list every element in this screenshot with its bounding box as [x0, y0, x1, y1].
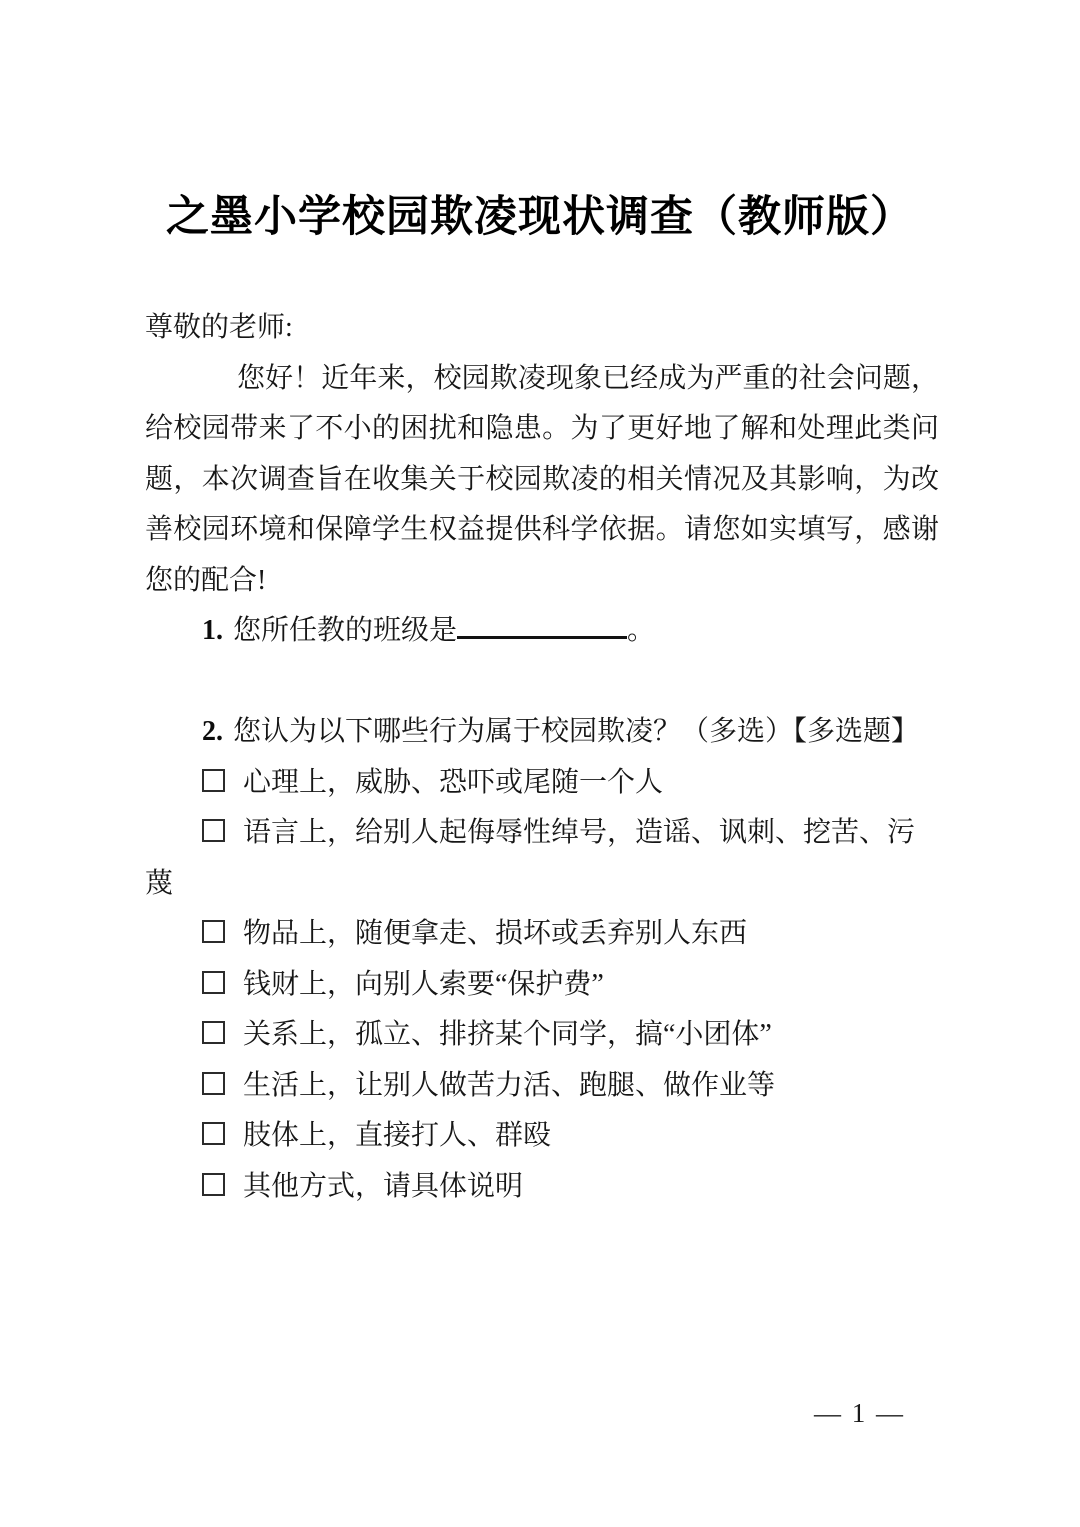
option-label: 钱财上，向别人索要“保护费”	[243, 969, 604, 1000]
option-label: 肢体上，直接打人、群殴	[243, 1120, 551, 1151]
option-row-other: 其他方式，请具体说明	[145, 1162, 939, 1213]
checkbox-icon[interactable]	[202, 920, 225, 943]
document-body: 尊敬的老师: 您好！近年来，校园欺凌现象已经成为严重的社会问题， 给校园带来了不…	[145, 303, 939, 1212]
option-label: 心理上，威胁、恐吓或尾随一个人	[243, 767, 663, 798]
question-2-number: 2.	[202, 716, 223, 747]
question-2: 2.您认为以下哪些行为属于校园欺凌？（多选）【多选题】	[145, 707, 939, 758]
option-label: 语言上，给别人起侮辱性绰号，造谣、讽刺、挖苦、污	[243, 817, 915, 848]
page-number: — 1 —	[814, 1396, 905, 1430]
page-title: 之墨小学校园欺凌现状调查（教师版）	[0, 188, 1080, 248]
option-row-servitude: 生活上，让别人做苦力活、跑腿、做作业等	[145, 1061, 939, 1112]
question-1-number: 1.	[202, 615, 223, 646]
checkbox-icon[interactable]	[202, 1072, 225, 1095]
question-2-label: 您认为以下哪些行为属于校园欺凌？（多选）【多选题】	[233, 716, 919, 747]
option-row-physical: 肢体上，直接打人、群殴	[145, 1111, 939, 1162]
option-verbal-wrap-line: 蔑	[145, 859, 939, 910]
intro-line-2: 给校园带来了不小的困扰和隐患。为了更好地了解和处理此类问	[145, 404, 939, 455]
question-1-suffix: 。	[627, 615, 655, 646]
question-1-label: 您所任教的班级是	[233, 615, 457, 646]
option-row-property: 物品上，随便拿走、损坏或丢弃别人东西	[145, 909, 939, 960]
question-1-blank-field[interactable]	[457, 606, 627, 639]
checkbox-icon[interactable]	[202, 1173, 225, 1196]
question-1: 1.您所任教的班级是。	[145, 606, 939, 657]
option-row-money: 钱财上，向别人索要“保护费”	[145, 960, 939, 1011]
intro-line-1: 您好！近年来，校园欺凌现象已经成为严重的社会问题，	[145, 354, 939, 405]
checkbox-icon[interactable]	[202, 1122, 225, 1145]
option-row-relational: 关系上，孤立、排挤某个同学，搞“小团体”	[145, 1010, 939, 1061]
intro-line-3: 题，本次调查旨在收集关于校园欺凌的相关情况及其影响，为改	[145, 455, 939, 506]
option-label: 物品上，随便拿走、损坏或丢弃别人东西	[243, 918, 747, 949]
option-row-verbal: 语言上，给别人起侮辱性绰号，造谣、讽刺、挖苦、污	[145, 808, 939, 859]
intro-line-4: 善校园环境和保障学生权益提供科学依据。请您如实填写，感谢	[145, 505, 939, 556]
option-label: 其他方式，请具体说明	[243, 1171, 523, 1202]
greeting-line: 尊敬的老师:	[145, 303, 939, 354]
checkbox-icon[interactable]	[202, 1021, 225, 1044]
checkbox-icon[interactable]	[202, 769, 225, 792]
blank-line	[145, 657, 939, 708]
option-label: 生活上，让别人做苦力活、跑腿、做作业等	[243, 1070, 775, 1101]
option-label: 关系上，孤立、排挤某个同学，搞“小团体”	[243, 1019, 772, 1050]
option-row-psychological: 心理上，威胁、恐吓或尾随一个人	[145, 758, 939, 809]
checkbox-icon[interactable]	[202, 819, 225, 842]
checkbox-icon[interactable]	[202, 971, 225, 994]
intro-line-5: 您的配合!	[145, 556, 939, 607]
